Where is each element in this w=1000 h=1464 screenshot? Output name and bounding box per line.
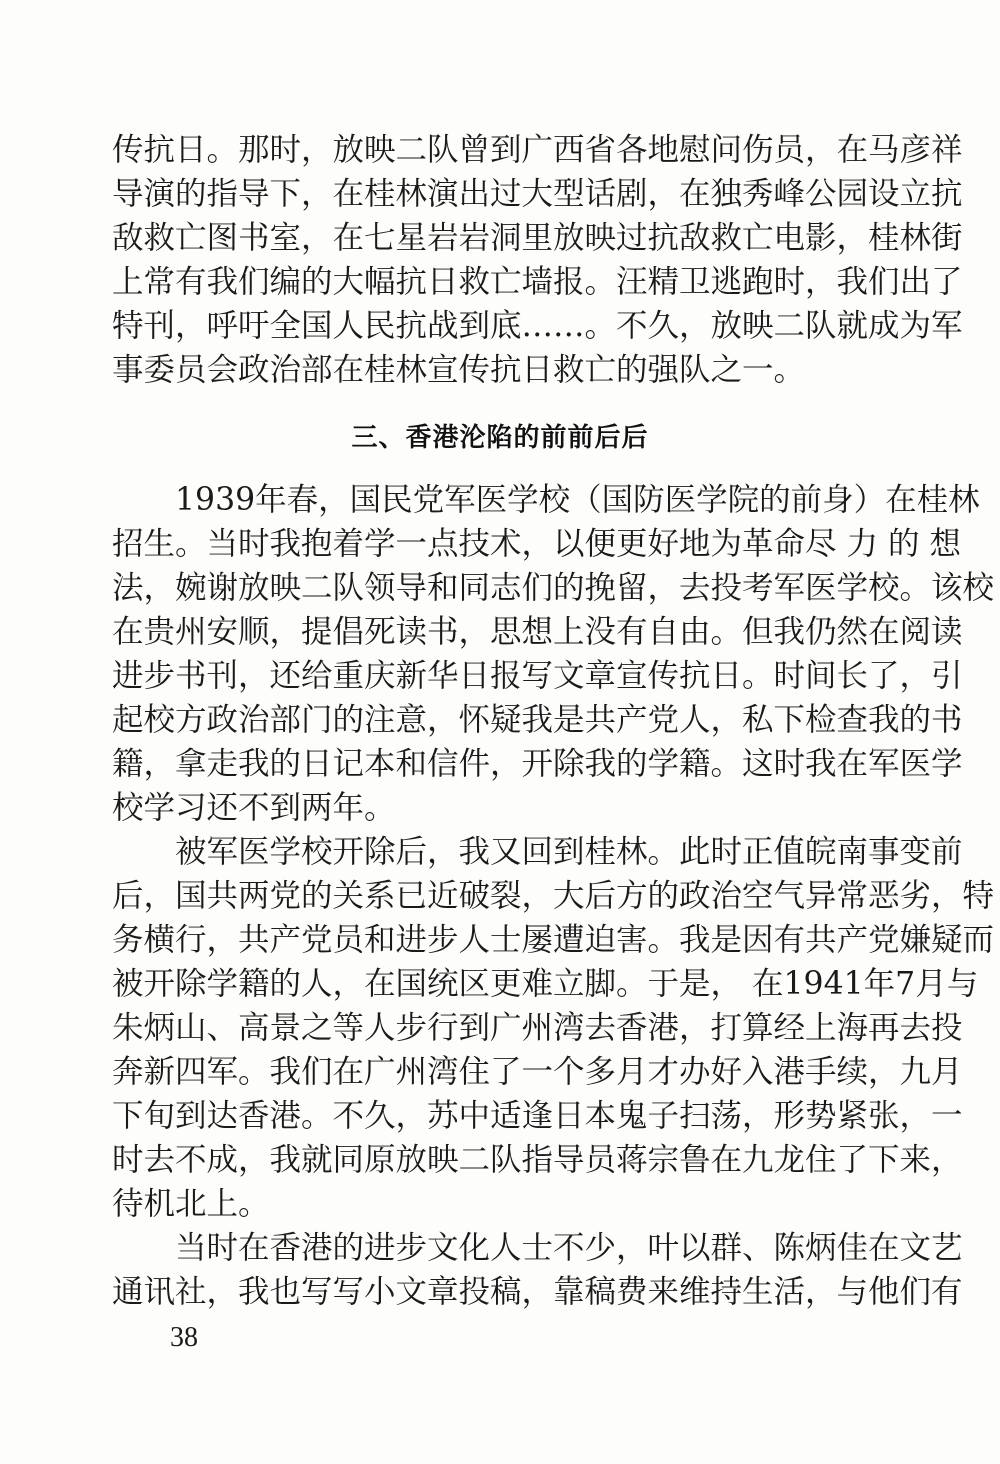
text-line: 当时在香港的进步文化人士不少，叶以群、陈炳佳在文艺 bbox=[175, 1226, 908, 1270]
text-line: 导演的指导下，在桂林演出过大型话剧，在独秀峰公园设立抗 bbox=[112, 172, 908, 216]
text-line: 朱炳山、高景之等人步行到广州湾去香港，打算经上海再去投 bbox=[112, 1006, 908, 1050]
text-line: 下旬到达香港。不久，苏中适逢日本鬼子扫荡，形势紧张，一 bbox=[112, 1094, 908, 1138]
text-line: 在贵州安顺，提倡死读书，思想上没有自由。但我仍然在阅读 bbox=[112, 610, 908, 654]
text-line: 敌救亡图书室，在七星岩岩洞里放映过抗敌救亡电影，桂林街 bbox=[112, 216, 908, 260]
text-line: 上常有我们编的大幅抗日救亡墙报。汪精卫逃跑时，我们出了 bbox=[112, 260, 908, 304]
text-line: 被开除学籍的人，在国统区更难立脚。于是， 在1941年7月与 bbox=[112, 962, 908, 1006]
text-line: 起校方政治部门的注意，怀疑我是共产党人，私下检查我的书 bbox=[112, 698, 908, 742]
text-line: 法，婉谢放映二队领导和同志们的挽留，去投考军医学校。该校 bbox=[112, 566, 908, 610]
text-line: 传抗日。那时，放映二队曾到广西省各地慰问伤员，在马彦祥 bbox=[112, 128, 908, 172]
text-line: 1939年春，国民党军医学校（国防医学院的前身）在桂林 bbox=[175, 478, 908, 522]
text-line: 招生。当时我抱着学一点技术，以便更好地为革命尽 力 的 想 bbox=[112, 522, 908, 566]
text-line: 通讯社，我也写写小文章投稿，靠稿费来维持生活，与他们有 bbox=[112, 1270, 908, 1314]
text-line: 被军医学校开除后，我又回到桂林。此时正值皖南事变前 bbox=[175, 830, 908, 874]
book-page: 传抗日。那时，放映二队曾到广西省各地慰问伤员，在马彦祥 导演的指导下，在桂林演出… bbox=[0, 0, 1000, 1464]
text-line: 特刊，呼吁全国人民抗战到底……。不久，放映二队就成为军 bbox=[112, 304, 908, 348]
text-line: 籍，拿走我的日记本和信件，开除我的学籍。这时我在军医学 bbox=[112, 742, 908, 786]
text-line: 事委员会政治部在桂林宣传抗日救亡的强队之一。 bbox=[112, 348, 908, 392]
text-line: 待机北上。 bbox=[112, 1182, 908, 1226]
text-line: 校学习还不到两年。 bbox=[112, 786, 908, 830]
text-line: 进步书刊，还给重庆新华日报写文章宣传抗日。时间长了，引 bbox=[112, 654, 908, 698]
page-number: 38 bbox=[170, 1322, 198, 1354]
text-line: 后，国共两党的关系已近破裂，大后方的政治空气异常恶劣，特 bbox=[112, 874, 908, 918]
text-line: 务横行，共产党员和进步人士屡遭迫害。我是因有共产党嫌疑而 bbox=[112, 918, 908, 962]
text-line: 奔新四军。我们在广州湾住了一个多月才办好入港手续，九月 bbox=[112, 1050, 908, 1094]
text-line: 时去不成，我就同原放映二队指导员蒋宗鲁在九龙住了下来， bbox=[112, 1138, 908, 1182]
section-heading: 三、香港沦陷的前前后后 bbox=[0, 418, 1000, 458]
